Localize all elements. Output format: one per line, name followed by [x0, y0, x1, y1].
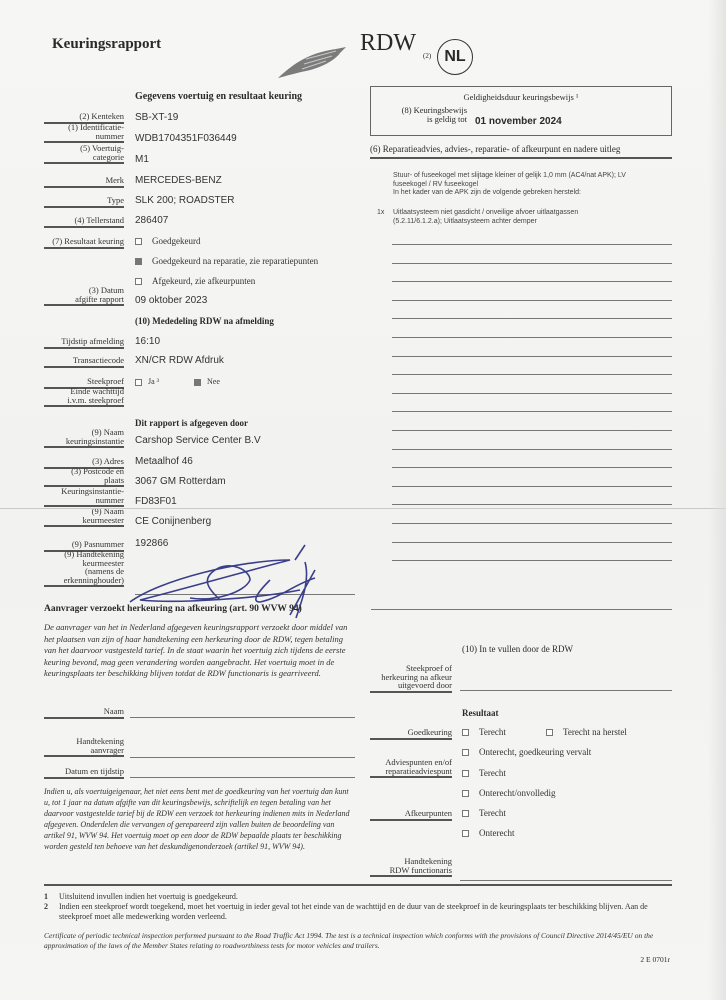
field-value-address: Metaalhof 46: [135, 456, 193, 467]
checkbox-reject-unjustified[interactable]: [462, 830, 469, 837]
field-value-kenteken: SB-XT-19: [135, 112, 178, 123]
document-page: Keuringsrapport RDW (2) NL Gegevens voer…: [0, 0, 726, 1000]
repair-line[interactable]: [392, 263, 672, 264]
sample-option-no[interactable]: Nee: [194, 377, 220, 386]
validity-value: 01 november 2024: [475, 116, 562, 127]
field-label-wait-end: Einde wachttijd i.v.m. steekproef: [44, 387, 124, 407]
field-value-category: M1: [135, 154, 149, 165]
field-value-inspector-name: CE Conijnenberg: [135, 516, 211, 527]
result-option-approved-after-repair[interactable]: Goedgekeurd na reparatie, zie reparatiep…: [135, 256, 318, 266]
checkbox-approval-after-repair[interactable]: [546, 729, 553, 736]
repair-line[interactable]: [392, 560, 672, 561]
issuer-section-title: Dit rapport is afgegeven door: [135, 418, 248, 428]
advice-option-justified[interactable]: Terecht: [462, 768, 506, 778]
checkbox-rejected[interactable]: [135, 278, 142, 285]
repair-advice: Stuur- of fuseekogel met slijtage kleine…: [393, 172, 673, 198]
repair-line[interactable]: [392, 244, 672, 245]
result-option-rejected[interactable]: Afgekeurd, zie afkeurpunten: [135, 276, 255, 286]
approval-option-justified-after-repair[interactable]: Terecht na herstel: [546, 727, 627, 737]
checkbox-approved[interactable]: [135, 238, 142, 245]
country-ref: (2): [423, 52, 431, 60]
country-code-badge: NL: [437, 39, 473, 75]
field-label-reject-points: Afkeurpunten: [370, 809, 452, 821]
rdw-section-title: (10) In te vullen door de RDW: [462, 644, 573, 654]
checkbox-advice-justified[interactable]: [462, 770, 469, 777]
reject-option-justified[interactable]: Terecht: [462, 808, 506, 818]
field-value-station-number: FD83F01: [135, 496, 177, 507]
repair-line[interactable]: [392, 411, 672, 412]
validity-box: Geldigheidsduur keuringsbewijs ¹ (8) Keu…: [370, 86, 672, 136]
field-value-make: MERCEDES-BENZ: [135, 175, 222, 186]
checkbox-approval-unjustified[interactable]: [462, 749, 469, 756]
field-value-postcode: 3067 GM Rotterdam: [135, 476, 226, 487]
sample-option-yes[interactable]: Ja ³: [135, 377, 159, 386]
footnote-2: 2Indien een steekproef wordt toegekend, …: [44, 902, 674, 922]
field-label-type: Type: [44, 196, 124, 208]
paper-fold: [0, 508, 726, 509]
field-label-applicant-signature: Handtekening aanvrager: [44, 737, 124, 757]
field-label-category: (5) Voertuig- categorie: [44, 144, 124, 164]
footer-divider: [44, 884, 672, 886]
field-label-vin: (1) Identificatie- nummer: [44, 123, 124, 143]
repair-line[interactable]: [392, 281, 672, 282]
datetime-line[interactable]: [130, 777, 355, 778]
checkbox-approved-after-repair[interactable]: [135, 258, 142, 265]
field-label-result: (7) Resultaat keuring: [44, 237, 124, 249]
repair-line[interactable]: [392, 486, 672, 487]
repair-line[interactable]: [392, 356, 672, 357]
result-option-approved[interactable]: Goedgekeurd: [135, 236, 200, 246]
paper-edge: [708, 0, 726, 1000]
footnote-1: 1Uitsluitend invullen indien het voertui…: [44, 892, 674, 902]
repair-bottom-line: [371, 609, 672, 610]
footnotes: 1Uitsluitend invullen indien het voertui…: [44, 892, 674, 922]
repair-line[interactable]: [392, 300, 672, 301]
repair-section-title: (6) Reparatieadvies, advies-, reparatie-…: [370, 144, 672, 159]
reject-option-unjustified[interactable]: Onterecht: [462, 828, 514, 838]
checkbox-approval-justified[interactable]: [462, 729, 469, 736]
rdw-feather-logo-icon: [276, 45, 348, 79]
approval-option-unjustified[interactable]: Onterecht, goedkeuring vervalt: [462, 747, 591, 757]
checkbox-sample-no[interactable]: [194, 379, 201, 386]
field-label-issue-date: (3) Datum afgifte rapport: [44, 286, 124, 306]
form-code: 2 E 0701r: [640, 955, 670, 964]
field-value-time: 16:10: [135, 336, 160, 347]
repair-line[interactable]: [392, 449, 672, 450]
repair-line[interactable]: [392, 318, 672, 319]
field-label-station-number: Keuringsinstantie- nummer: [44, 487, 124, 507]
field-label-rdw-signature: Handtekening RDW functionaris: [370, 857, 452, 877]
repair-line[interactable]: [392, 504, 672, 505]
checkbox-reject-justified[interactable]: [462, 810, 469, 817]
rdw-signature-line[interactable]: [460, 880, 672, 881]
field-label-inspector-signature: (9) Handtekening keurmeester (namens de …: [44, 550, 124, 587]
validity-label: (8) Keuringsbewijs is geldig tot: [391, 106, 467, 124]
field-value-issue-date: 09 oktober 2023: [135, 295, 207, 306]
field-value-station-name: Carshop Service Center B.V: [135, 435, 261, 446]
field-label-advice-points: Adviespunten en/of reparatieadviespunt: [370, 758, 452, 778]
field-label-odometer: (4) Tellerstand: [44, 216, 124, 228]
field-label-transaction: Transactiecode: [44, 356, 124, 368]
repair-line[interactable]: [392, 542, 672, 543]
performed-by-line[interactable]: [460, 690, 672, 691]
repaired-item-desc: Uitlaatsysteem niet gasdicht / onveilige…: [393, 209, 673, 226]
field-label-approval: Goedkeuring: [370, 728, 452, 740]
field-label-make: Merk: [44, 176, 124, 188]
repair-line[interactable]: [392, 467, 672, 468]
repair-line[interactable]: [392, 523, 672, 524]
field-label-postcode: (3) Postcode en plaats: [44, 467, 124, 487]
approval-option-justified[interactable]: Terecht: [462, 727, 506, 737]
field-label-datetime: Datum en tijdstip: [44, 767, 124, 779]
reinspection-intro: De aanvrager van het in Nederland afgege…: [44, 622, 349, 680]
field-label-performed-by: Steekproef of herkeuring na afkeur uitge…: [370, 664, 452, 693]
checkbox-sample-yes[interactable]: [135, 379, 142, 386]
rdw-logo-text: RDW: [360, 30, 416, 57]
notice-section-title: (10) Mededeling RDW na afmelding: [135, 316, 274, 326]
reinspection-section-title: Aanvrager verzoekt herkeuring na afkeuri…: [44, 604, 302, 614]
applicant-name-line[interactable]: [130, 717, 355, 718]
validity-title: Geldigheidsduur keuringsbewijs ¹: [371, 92, 671, 102]
applicant-signature-line[interactable]: [130, 757, 355, 758]
field-value-odometer: 286407: [135, 215, 168, 226]
result-title: Resultaat: [462, 708, 499, 718]
repair-line[interactable]: [392, 393, 672, 394]
checkbox-advice-unjustified[interactable]: [462, 790, 469, 797]
field-label-station-name: (9) Naam keuringsinstantie: [44, 428, 124, 448]
field-label-applicant-name: Naam: [44, 707, 124, 719]
repair-line[interactable]: [392, 430, 672, 431]
vehicle-section-title: Gegevens voertuig en resultaat keuring: [135, 91, 302, 102]
field-value-transaction: XN/CR RDW Afdruk: [135, 355, 224, 366]
certificate-note: Certificate of periodic technical inspec…: [44, 931, 664, 951]
repair-line[interactable]: [392, 337, 672, 338]
advice-option-unjustified[interactable]: Onterecht/onvolledig: [462, 788, 555, 798]
repair-line[interactable]: [392, 374, 672, 375]
field-label-time: Tijdstip afmelding: [44, 337, 124, 349]
owner-note: Indien u, als voertuigeigenaar, het niet…: [44, 786, 354, 852]
document-title: Keuringsrapport: [52, 36, 161, 53]
field-value-type: SLK 200; ROADSTER: [135, 195, 234, 206]
field-value-vin: WDB1704351F036449: [135, 133, 237, 144]
repaired-item-qty: 1x: [377, 209, 384, 218]
field-label-inspector-name: (9) Naam keurmeester: [44, 507, 124, 527]
